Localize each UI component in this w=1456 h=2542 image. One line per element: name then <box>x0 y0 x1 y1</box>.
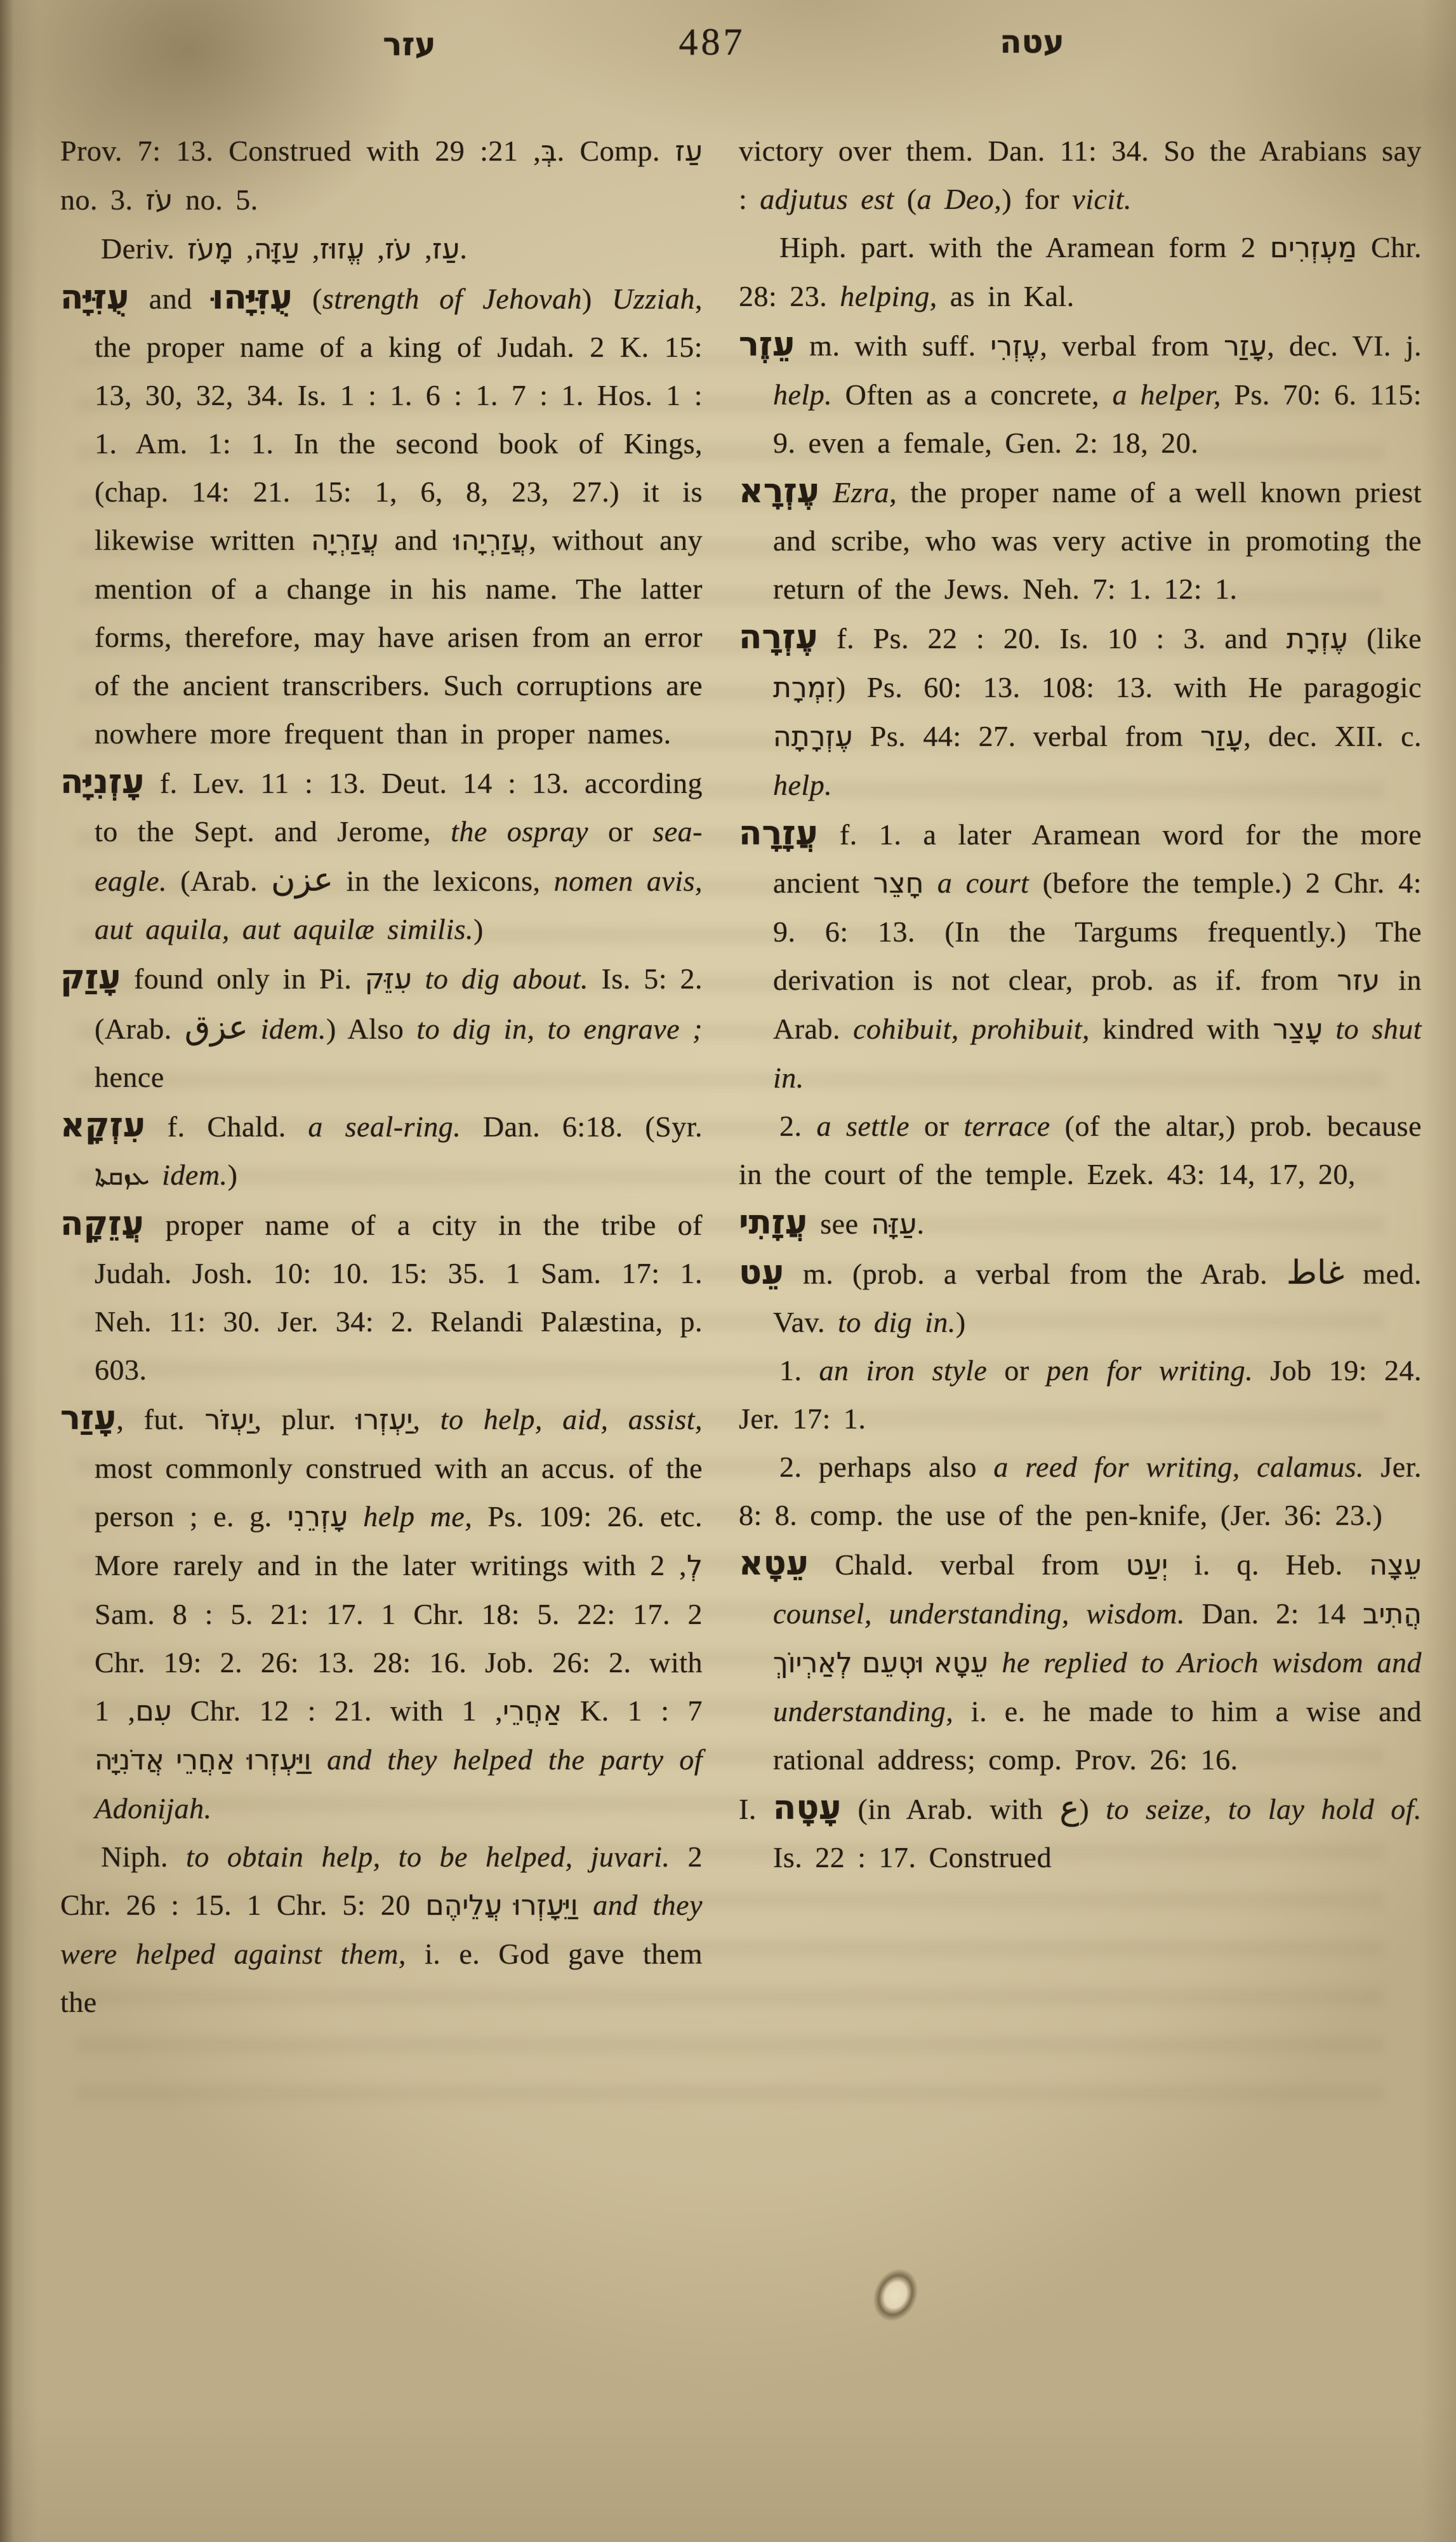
entry-segment: terrace <box>963 1110 1050 1142</box>
entry-segment: helping, <box>840 280 937 312</box>
entry-segment: ) <box>473 913 484 945</box>
entry-segment: f. Ps. 22 : 20. Is. 10 : 3. and <box>818 622 1287 655</box>
entry-et-sense-2: 2. perhaps also a reed for writing, cala… <box>739 1443 1422 1540</box>
entry-segment: (like <box>1348 622 1422 655</box>
entry-segment <box>150 1159 162 1191</box>
entry-segment: זִמְרָת <box>773 672 836 704</box>
entry-segment: Dan. 2: 14 <box>1185 1597 1363 1630</box>
entry-segment <box>819 476 833 509</box>
entry-segment: a helper, <box>1113 378 1221 411</box>
entry-segment: (in Arab. with <box>841 1793 1059 1825</box>
entry-azar-niphal: Niph. to obtain help, to be helped, juva… <box>60 1833 703 2026</box>
running-head-right-catchword: עטה <box>1000 23 1064 61</box>
entry-segment: as in Kal. <box>937 280 1075 312</box>
paper-blemish <box>856 2252 934 2338</box>
entry-azaq: עָזַק found only in Pi. עִזֵּק to dig ab… <box>60 954 703 1101</box>
entry-segment: עֲזָתִי <box>739 1203 807 1242</box>
entry-segment: to dig about. <box>425 962 588 995</box>
entry-segment: to seize, to lay hold of. <box>1106 1793 1422 1825</box>
entry-segment: to dig in. <box>838 1306 956 1338</box>
entry-segment: ) for <box>1002 183 1072 215</box>
entry-segment: in the lexicons, <box>333 865 554 897</box>
entry-segment: עִם <box>136 1695 172 1727</box>
entry-segment <box>248 1013 261 1045</box>
entry-segment: Hiph. part. with the Aramean form <box>779 231 1241 263</box>
entry-segment: Deriv. <box>101 232 187 265</box>
entry-et-sense-1: 1. an iron style or pen for writing. Job… <box>739 1347 1422 1443</box>
entry-segment: ) Also <box>326 1013 416 1045</box>
entry-segment: עֵטָא <box>739 1544 809 1583</box>
entry-segment: Ps. 44: 27. verbal from <box>853 720 1200 752</box>
entry-segment: a seal-ring. <box>308 1110 461 1143</box>
entry-segment: , the proper name of a king of Judah. 2 … <box>95 283 703 556</box>
entry-segment: or <box>588 815 652 848</box>
entry-segment: Ezra, <box>833 476 897 509</box>
entry-segment: עַזָּה <box>254 233 300 265</box>
entry-segment: a court <box>937 867 1029 899</box>
entry-segment: עֻזִּיָּהוּ <box>212 278 293 317</box>
entry-segment: help. <box>773 769 832 801</box>
entry-segment: עָזְרֵנִי <box>288 1501 348 1533</box>
entry-segment: , dec. VI. j. <box>1267 329 1422 362</box>
entry-segment: עֵזֶר <box>739 325 795 364</box>
entry-segment: m. (prob. a verbal from the Arab. <box>784 1258 1287 1290</box>
entry-segment: to dig in, to engrave ; <box>416 1013 703 1045</box>
entry-ozniyyah: עָזְנִיָּה f. Lev. 11 : 13. Deut. 14 : 1… <box>60 758 703 954</box>
entry-segment: and <box>129 283 212 315</box>
entry-segment: , without any mention of a change in his… <box>95 524 703 750</box>
entry-segment: עֶזְרָא <box>739 472 819 510</box>
entry-segment: idem. <box>162 1159 227 1191</box>
entry-segment: עַזָּה <box>871 1208 917 1241</box>
entry-segment: , <box>234 232 254 265</box>
entry-segment: עֵצָה <box>1369 1549 1422 1581</box>
entry-segment: עָזַר <box>1224 330 1267 363</box>
entry-segment: I. <box>739 1793 773 1825</box>
running-head-left-catchword: עזר <box>383 25 435 63</box>
entry-segment: , 1 K. 1 : 7 <box>462 1694 703 1727</box>
entry-segment: , dec. XII. c. <box>1243 720 1422 752</box>
entry-segment <box>312 1743 328 1776</box>
entry-segment: strength of Jehovah <box>322 283 582 315</box>
entry-segment: help. <box>773 378 832 411</box>
entry-azar-hiphil: Hiph. part. with the Aramean form מַעְזְ… <box>739 223 1422 321</box>
lexicon-page: עזר 487 עטה Prov. 7: 13. Construed with … <box>0 0 1456 2542</box>
entry-segment: עָטָה <box>773 1788 842 1827</box>
entry-segment: to obtain help, to be helped, juvari. <box>186 1840 670 1873</box>
page-number: 487 <box>679 22 746 62</box>
entry-segment: 1. <box>779 1354 819 1387</box>
left-column: Prov. 7: 13. Construed with בְּ, 21: 29.… <box>60 127 703 2026</box>
entry-segment: ) <box>956 1306 966 1338</box>
entry-et: עֵט m. (prob. a verbal from the Arab. غا… <box>739 1249 1422 1347</box>
entry-segment: עִזְקָא <box>60 1106 145 1145</box>
entry-segment: and <box>379 524 454 556</box>
entry-segment: ( <box>894 183 917 215</box>
entry-segment: מָעֹז <box>187 233 234 265</box>
entry-segment: יַעְזֹר <box>205 1404 255 1436</box>
entry-segment: no. 5. <box>173 183 258 216</box>
entry-segment: , <box>364 232 385 265</box>
entry-segment: found only in Pi. <box>121 962 364 995</box>
entry-segment: ) Ps. 60: 13. 108: 13. with He paragogic <box>836 671 1422 703</box>
entry-ezer: עֵזֶר m. with suff. עֶזְרִי, verbal from… <box>739 321 1422 467</box>
entry-segment: 2. <box>779 1110 816 1142</box>
entry-segment: the ospray <box>451 815 588 848</box>
entry-segment: אַחֲרֵי <box>503 1695 562 1727</box>
entry-segment: עֻזִּיָּה <box>60 278 129 317</box>
entry-segment <box>923 867 937 899</box>
entry-segment: Often as a concrete, <box>832 378 1112 411</box>
entry-segment: עָזְנִיָּה <box>60 762 144 801</box>
entry-segment: מַעְזְרִים <box>1270 232 1357 264</box>
entry-segment: עֶזְרָה <box>739 618 818 656</box>
entry-segment: , <box>300 232 320 265</box>
entry-segment: ع <box>1059 1789 1079 1827</box>
entry-segment: عزن <box>271 861 333 899</box>
entry-azar-verb: עָזַר, fut. יַעְזֹר, plur. יַעְזְרוּ, to… <box>60 1394 703 1833</box>
entry-segment: adjutus est <box>760 183 894 215</box>
entry-segment: עִזֵּק <box>365 963 412 995</box>
entry-segment: عزق <box>185 1009 248 1047</box>
entry-segment: kindred with <box>1090 1013 1273 1045</box>
entry-segment: , fut. <box>116 1403 204 1435</box>
entry-segment: a Deo, <box>917 183 1002 215</box>
entry-segment: וַיֵּעָזְרוּ עֲלֵיהֶם <box>425 1889 578 1922</box>
entry-segment: ) <box>582 283 612 315</box>
entry-azeqah: עֲזֵקָה proper name of a city in the tri… <box>60 1200 703 1394</box>
entry-segment <box>348 1500 363 1533</box>
entry-segment: עֶזְרָת <box>1287 623 1348 655</box>
entry-segment: עֲזַרְיָה <box>311 524 379 557</box>
entry-uzziah: עֻזִּיָּה and עֻזִּיָּהוּ (strength of J… <box>60 274 703 758</box>
entry-ezrah: עֶזְרָה f. Ps. 22 : 20. Is. 10 : 3. and … <box>739 613 1422 809</box>
entry-segment: i. q. Heb. <box>1168 1548 1369 1581</box>
entry-segment <box>412 962 425 995</box>
entry-segment: עֶזְרָתָה <box>773 721 853 753</box>
entry-segment: m. with suff. <box>795 329 990 362</box>
entry-segment: a reed for writing, calamus. <box>993 1451 1364 1483</box>
entry-segment: 2. perhaps also <box>779 1451 993 1483</box>
entry-segment: Dan. 6:18. (Syr. <box>461 1110 703 1143</box>
entry-segment: עָזַק <box>60 958 121 997</box>
entry-segment: עֶזְרִי <box>990 330 1040 363</box>
entry-segment: עֹז <box>146 184 173 216</box>
entry-segment: , <box>412 232 432 265</box>
entry-eta: עֵטָא Chald. verbal from יְעַט i. q. Heb… <box>739 1540 1422 1784</box>
entry-segment: עֱזוּז <box>320 233 364 265</box>
entry-azaz-continuation: Prov. 7: 13. Construed with בְּ, 21: 29.… <box>60 127 703 225</box>
entry-segment: עַז <box>432 233 460 265</box>
entry-azarah-sense-2: 2. a settle or terrace (of the altar,) p… <box>739 1102 1422 1199</box>
entry-segment: עֲזַרְיָהוּ <box>454 524 529 557</box>
entry-segment: counsel, understanding, wisdom. <box>773 1597 1185 1630</box>
entry-segment: עֲזֵקָה <box>60 1204 144 1243</box>
entry-segment: Chald. verbal from <box>809 1548 1126 1581</box>
entry-segment: בְּ <box>541 135 557 168</box>
entry-segment: help me, <box>363 1500 472 1533</box>
entry-segment: עֹז <box>385 233 412 265</box>
entry-azar-niphal-continuation: victory over them. Dan. 11: 34. So the A… <box>739 127 1422 223</box>
entry-segment: to help, aid, assist, <box>440 1403 703 1435</box>
entry-segment: no. 3. <box>60 183 146 216</box>
entry-segment: ܥܙܩܬܐ <box>95 1159 150 1192</box>
entry-segment: . <box>460 232 467 265</box>
entry-segment: . <box>917 1208 924 1240</box>
entry-segment: غاط <box>1287 1254 1344 1292</box>
entry-segment: לְ <box>687 1550 703 1582</box>
entry-segment: עָזַר <box>60 1399 116 1437</box>
entry-segment: עֵט <box>739 1253 784 1292</box>
entry-segment: idem. <box>261 1013 326 1045</box>
entry-azarah: עֲזָרָה f. 1. a later Aramean word for t… <box>739 809 1422 1102</box>
entry-segment: , verbal from <box>1040 329 1224 362</box>
entry-segment: or <box>987 1354 1046 1387</box>
entry-segment: , plur. <box>254 1403 355 1435</box>
entry-segment: יַעְזְרוּ <box>356 1404 413 1436</box>
entry-segment: cohibuit, prohibuit, <box>853 1013 1090 1045</box>
entry-segment: (Arab. <box>167 865 271 897</box>
entry-ezra: עֶזְרָא Ezra, the proper name of a well … <box>739 467 1422 613</box>
entry-segment <box>578 1889 593 1921</box>
entry-segment: Prov. 7: 13. Construed with <box>60 135 435 167</box>
entry-segment: ( <box>293 283 322 315</box>
entry-segment <box>988 1646 1002 1679</box>
entry-segment: וַיַּעְזְרוּ אַחֲרֵי אֲדֹנִיָּה <box>95 1744 312 1776</box>
entry-segment: ) <box>228 1159 238 1191</box>
entry-segment: עָצַר <box>1273 1013 1323 1046</box>
entry-segment: see <box>807 1208 871 1240</box>
entry-azaz-derivatives: Deriv. עַז, עֹז, עֱזוּז, עַזָּה, מָעֹז. <box>60 225 703 274</box>
entry-segment: vicit. <box>1072 183 1132 215</box>
entry-segment: Is. 22 : 17. Construed <box>773 1841 1052 1873</box>
entry-segment: עָזַר <box>1200 721 1243 753</box>
entry-segment: עֲזָרָה <box>739 814 818 853</box>
entry-segment: , <box>413 1403 440 1435</box>
entry-izqa: עִזְקָא f. Chald. a seal-ring. Dan. 6:18… <box>60 1101 703 1200</box>
entry-segment: עזר <box>1337 964 1380 997</box>
entry-segment: or <box>910 1110 963 1142</box>
entry-segment: proper name of a city in the tribe of Ju… <box>95 1209 703 1386</box>
entry-segment: חָצֵר <box>873 867 924 900</box>
entry-segment: ) <box>1079 1793 1106 1825</box>
right-column: victory over them. Dan. 11: 34. So the A… <box>739 127 1422 1882</box>
entry-segment: Niph. <box>101 1840 186 1873</box>
entry-segment: hence <box>95 1061 164 1093</box>
entry-segment: יְעַט <box>1126 1549 1168 1581</box>
entry-segment: Uzziah <box>612 283 695 315</box>
entry-segment: a settle <box>816 1110 910 1142</box>
entry-segment: pen for writing. <box>1047 1354 1254 1387</box>
entry-azzathi: עֲזָתִי see עַזָּה. <box>739 1199 1422 1249</box>
entry-segment <box>1323 1013 1335 1045</box>
entry-segment: f. Chald. <box>145 1110 308 1143</box>
entry-segment: עַז <box>675 135 703 168</box>
entry-segment: an iron style <box>819 1354 988 1387</box>
entry-atah: I. עָטָה (in Arab. with ع) to seize, to … <box>739 1784 1422 1882</box>
